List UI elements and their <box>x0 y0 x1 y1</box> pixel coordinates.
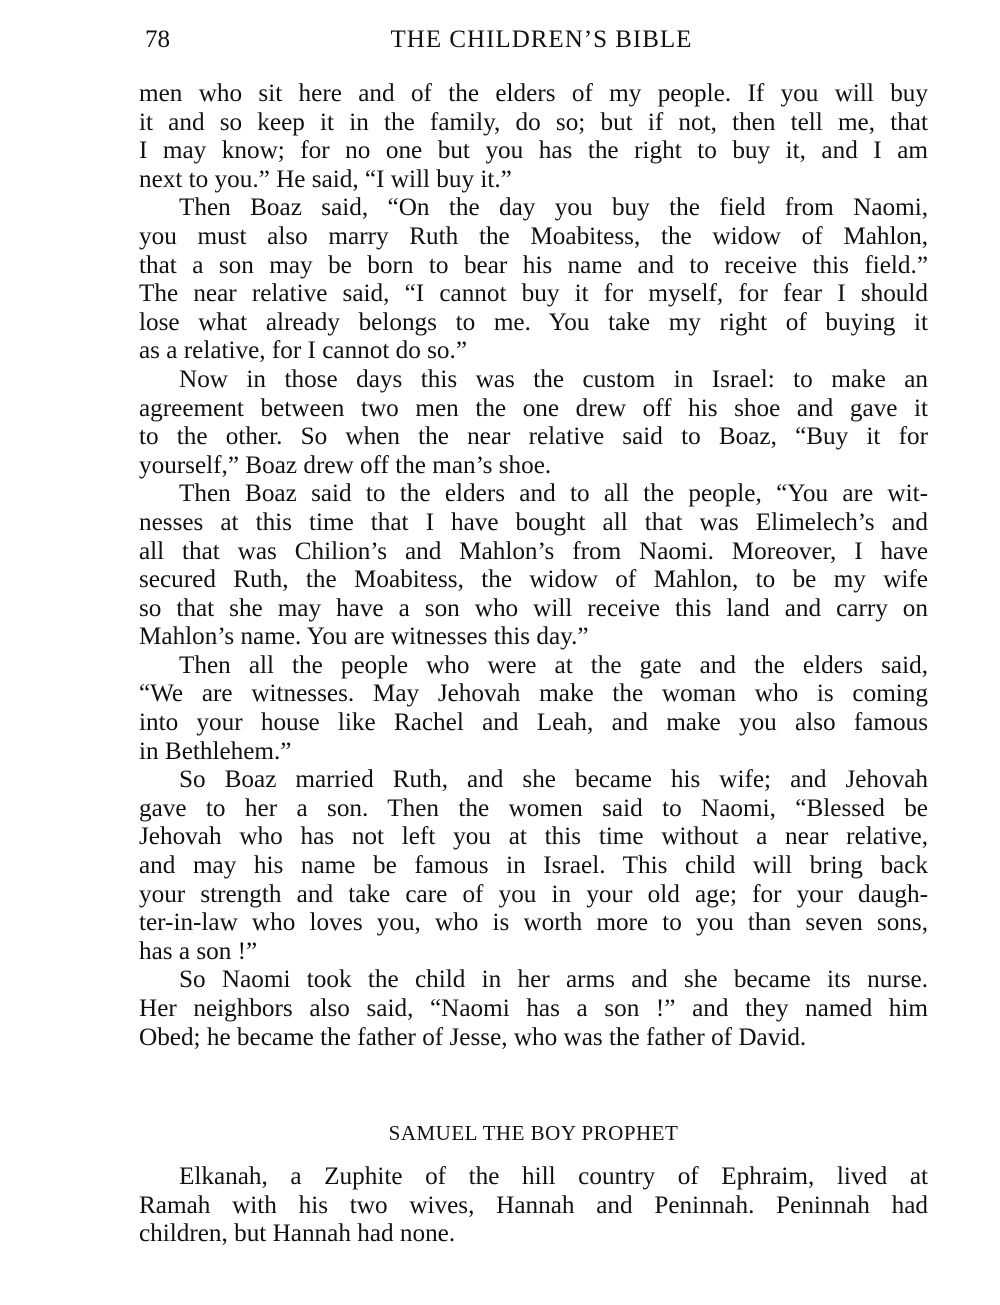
paragraph: men who sit here and of the elders of my… <box>139 80 928 194</box>
section-heading: SAMUEL THE BOY PROPHET <box>139 1121 928 1146</box>
text-line: Then Boaz said, “On the day you buy the … <box>139 194 928 223</box>
text-line: and may his name be famous in Israel. Th… <box>139 852 928 881</box>
text-line: Then all the people who were at the gate… <box>139 652 928 681</box>
text-line: yourself,” Boaz drew off the man’s shoe. <box>139 452 928 481</box>
paragraph: Then all the people who were at the gate… <box>139 652 928 766</box>
text-line: it and so keep it in the family, do so; … <box>139 109 928 138</box>
text-line: into your house like Rachel and Leah, an… <box>139 709 928 738</box>
paragraph: Then Boaz said to the elders and to all … <box>139 480 928 652</box>
text-line: “We are witnesses. May Jehovah make the … <box>139 680 928 709</box>
paragraph: So Naomi took the child in her arms and … <box>139 966 928 1052</box>
paragraph: Then Boaz said, “On the day you buy the … <box>139 194 928 366</box>
text-line: you must also marry Ruth the Moabitess, … <box>139 223 928 252</box>
running-title: THE CHILDREN’S BIBLE <box>145 26 928 54</box>
text-line: your strength and take care of you in yo… <box>139 881 928 910</box>
text-line: Ramah with his two wives, Hannah and Pen… <box>139 1192 928 1221</box>
text-line: Obed; he became the father of Jesse, who… <box>139 1024 928 1053</box>
text-line: that a son may be born to bear his name … <box>139 252 928 281</box>
section-text: Elkanah, a Zuphite of the hill country o… <box>139 1163 928 1249</box>
text-line: So Boaz married Ruth, and she became his… <box>139 766 928 795</box>
text-line: agreement between two men the one drew o… <box>139 395 928 424</box>
text-line: children, but Hannah had none. <box>139 1220 928 1249</box>
text-line: nesses at this time that I have bought a… <box>139 509 928 538</box>
text-line: secured Ruth, the Moabitess, the widow o… <box>139 566 928 595</box>
text-line: in Bethlehem.” <box>139 738 928 767</box>
text-line: has a son !” <box>139 938 928 967</box>
text-line: Mahlon’s name. You are witnesses this da… <box>139 623 928 652</box>
book-page: 78 THE CHILDREN’S BIBLE men who sit here… <box>0 0 1000 1305</box>
paragraph: So Boaz married Ruth, and she became his… <box>139 766 928 966</box>
page-header: 78 THE CHILDREN’S BIBLE <box>145 26 928 60</box>
text-line: ter-in-law who loves you, who is worth m… <box>139 909 928 938</box>
paragraph: Now in those days this was the custom in… <box>139 366 928 480</box>
text-line: to the other. So when the near relative … <box>139 423 928 452</box>
text-line: next to you.” He said, “I will buy it.” <box>139 166 928 195</box>
text-line: as a relative, for I cannot do so.” <box>139 337 928 366</box>
text-line: all that was Chilion’s and Mahlon’s from… <box>139 538 928 567</box>
text-line: gave to her a son. Then the women said t… <box>139 795 928 824</box>
paragraph: Elkanah, a Zuphite of the hill country o… <box>139 1163 928 1249</box>
story-text: men who sit here and of the elders of my… <box>139 80 928 1052</box>
text-line: So Naomi took the child in her arms and … <box>139 966 928 995</box>
text-line: The near relative said, “I cannot buy it… <box>139 280 928 309</box>
text-line: Elkanah, a Zuphite of the hill country o… <box>139 1163 928 1192</box>
text-line: Then Boaz said to the elders and to all … <box>139 480 928 509</box>
text-line: so that she may have a son who will rece… <box>139 595 928 624</box>
text-line: Her neighbors also said, “Naomi has a so… <box>139 995 928 1024</box>
text-line: men who sit here and of the elders of my… <box>139 80 928 109</box>
text-line: I may know; for no one but you has the r… <box>139 137 928 166</box>
text-line: lose what already belongs to me. You tak… <box>139 309 928 338</box>
text-line: Now in those days this was the custom in… <box>139 366 928 395</box>
text-line: Jehovah who has not left you at this tim… <box>139 823 928 852</box>
